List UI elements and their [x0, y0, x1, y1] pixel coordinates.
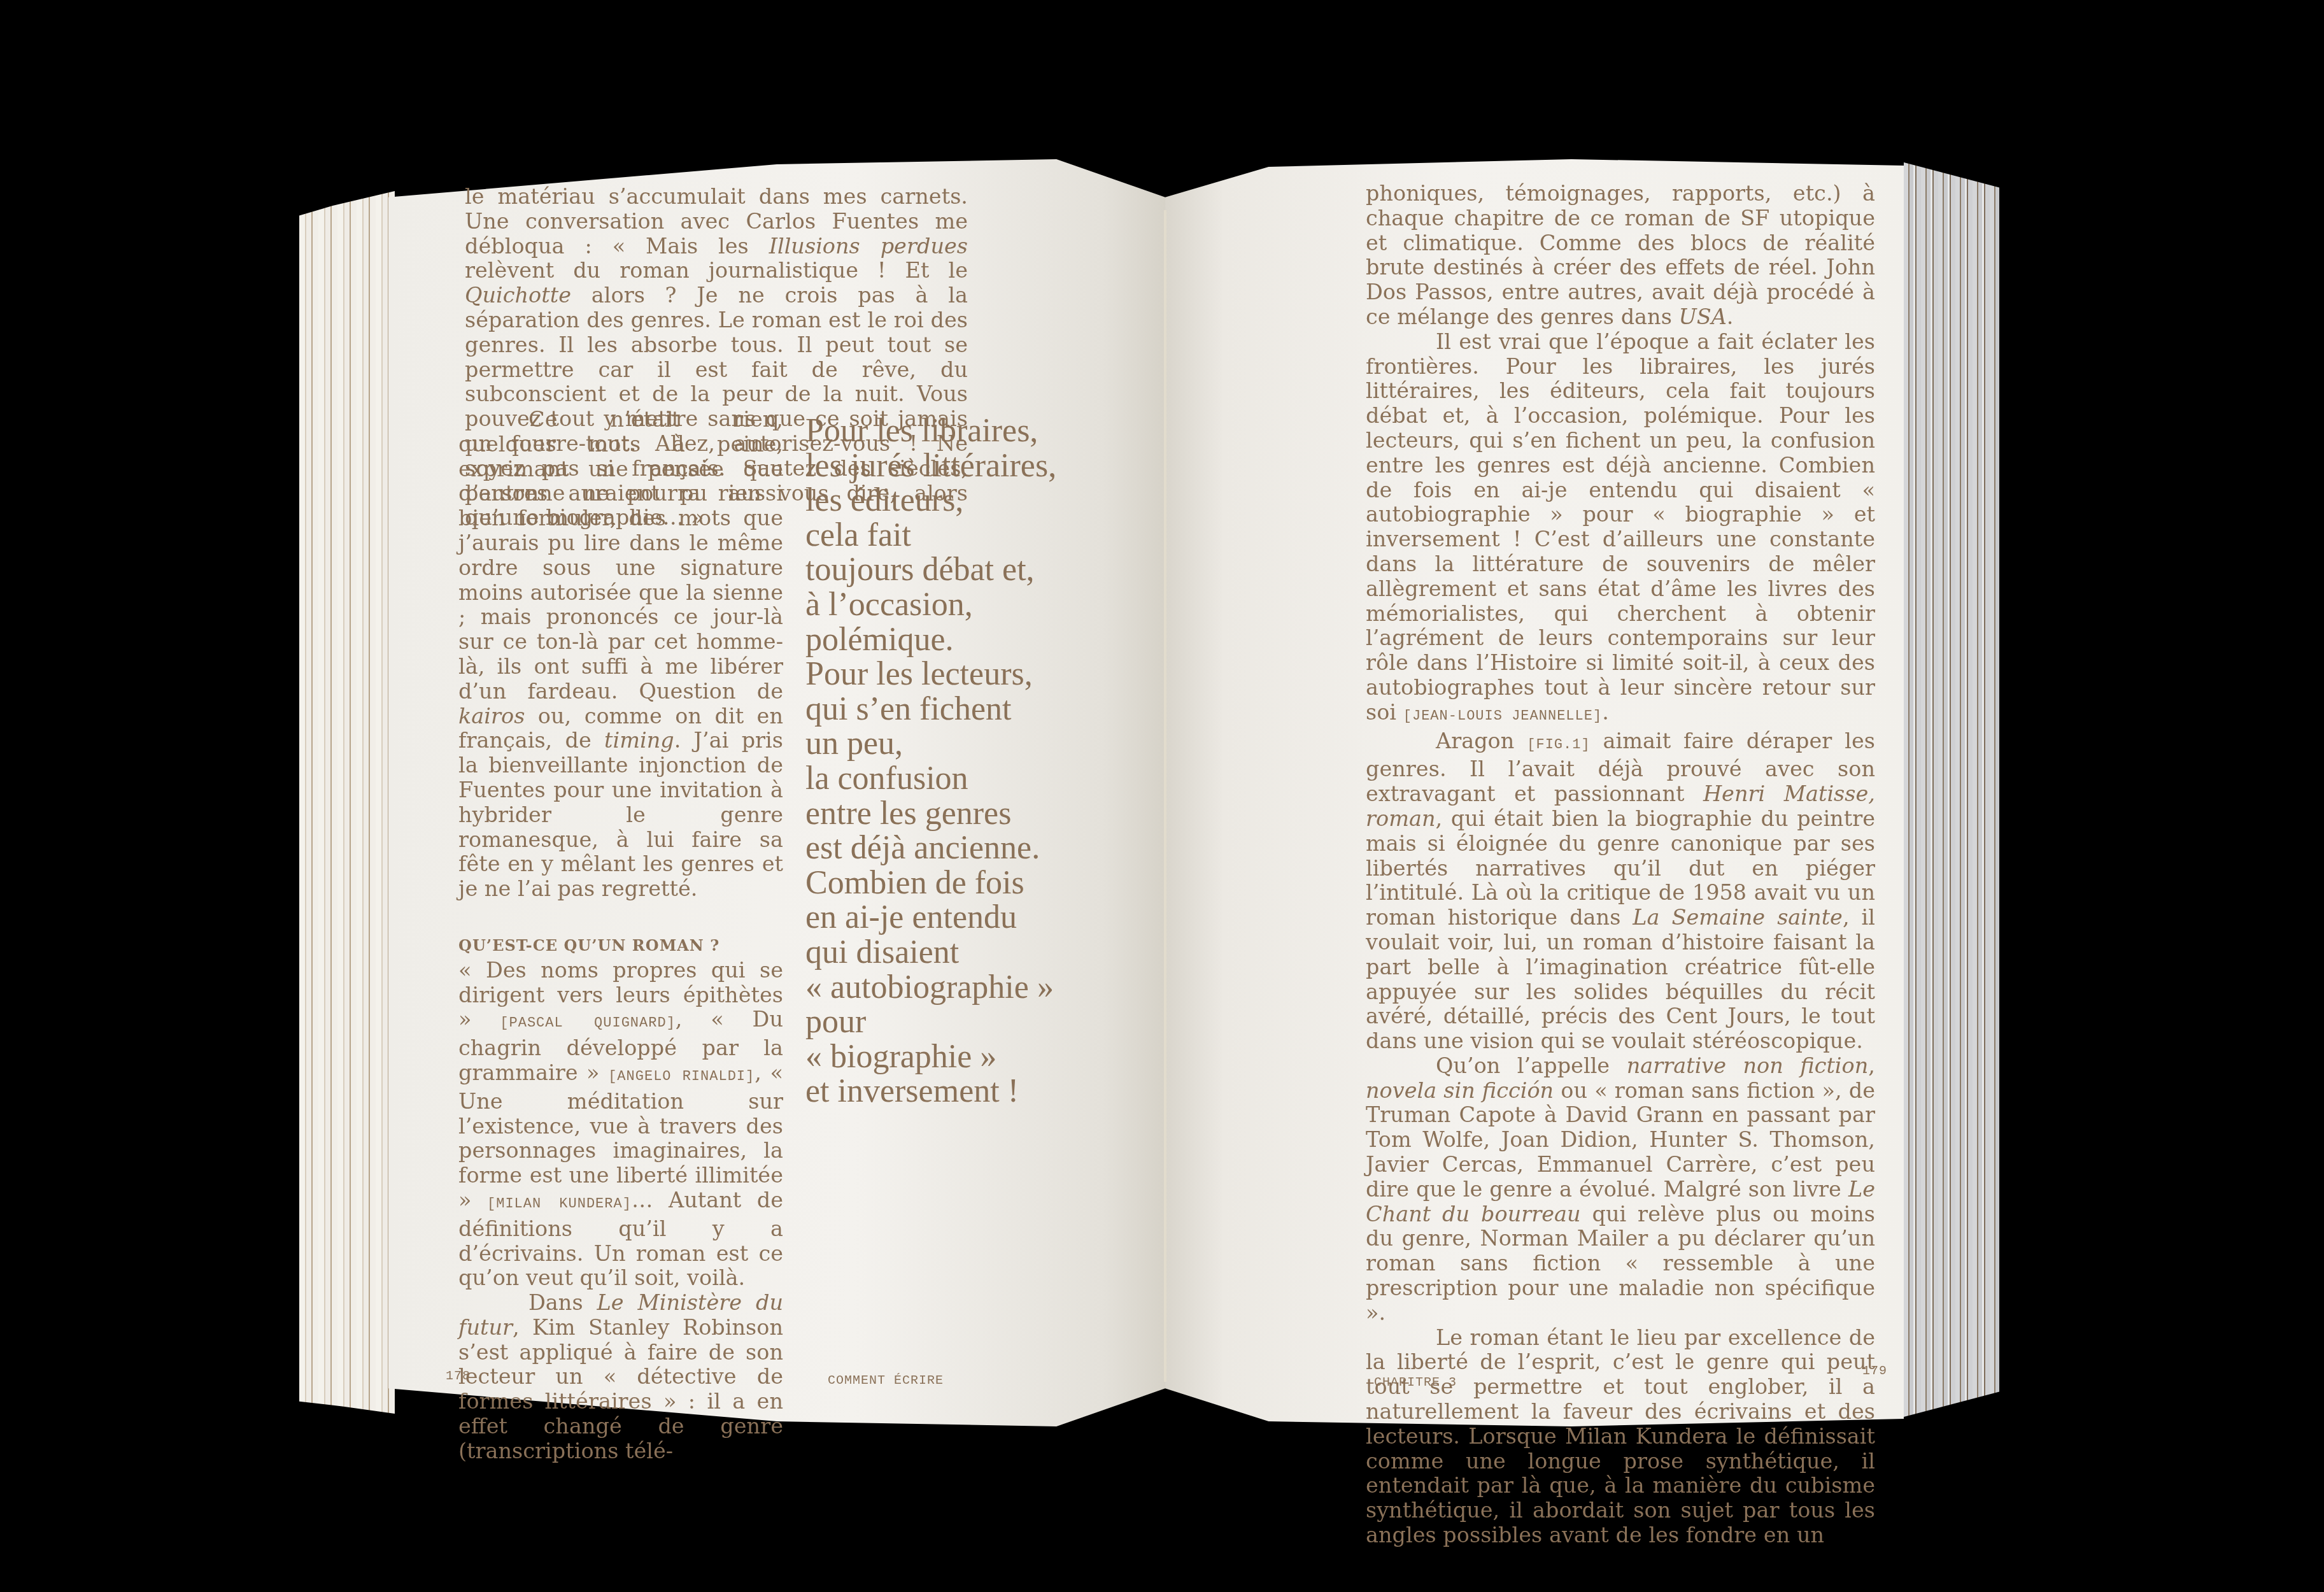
italic-word: kairos — [458, 704, 525, 728]
pull-quote-line: cela fait — [805, 518, 1098, 553]
text-run: , — [1868, 1053, 1875, 1078]
pull-quote-line: et inversement ! — [805, 1074, 1098, 1109]
pull-quote-line: toujours débat et, — [805, 553, 1098, 588]
italic-title: USA — [1678, 304, 1726, 329]
pull-quote-line: Pour les lecteurs, — [805, 657, 1098, 692]
pull-quote-line: en ai-je entendu — [805, 900, 1098, 935]
paragraph: Ce n’était rien, quelques mots à peine, … — [458, 408, 783, 902]
pull-quote-line: qui s’en fichent — [805, 692, 1098, 727]
pull-quote-line: polémique. — [805, 623, 1098, 658]
pull-quote-line: les jurés littéraires, — [805, 449, 1098, 484]
citation: [JEAN-LOUIS JEANNELLE] — [1403, 708, 1602, 724]
paragraph: Aragon [FIG.1] aimait faire déraper les … — [1366, 729, 1875, 1054]
italic-title: Quichotte — [465, 283, 571, 308]
pull-quote-line: à l’occasion, — [805, 588, 1098, 623]
italic-title: La Semaine sainte — [1633, 905, 1843, 930]
text-run: . — [1602, 700, 1609, 725]
italic-term: novela sin ficción — [1366, 1078, 1554, 1103]
text-run: Qu’on l’appelle — [1436, 1053, 1627, 1078]
running-head-left: COMMENT ÉCRIRE — [828, 1374, 944, 1388]
text-run: . — [1727, 304, 1734, 329]
text-run: relèvent du roman journalistique ! Et le — [465, 258, 968, 283]
paragraph: Il est vrai que l’époque a fait éclater … — [1366, 330, 1875, 729]
book-gutter — [1164, 210, 1166, 1382]
pull-quote-line: la confusion — [805, 762, 1098, 797]
pull-quote-line: qui disaient — [805, 935, 1098, 970]
citation: [ANGELO RINALDI] — [608, 1069, 755, 1084]
right-page-text: phoniques, témoignages, rapports, etc.) … — [1366, 181, 1875, 1548]
paragraph: Dans Le Ministère du futur, Kim Stanley … — [458, 1291, 783, 1464]
paragraph: Le roman étant le lieu par excellence de… — [1366, 1326, 1875, 1548]
text-run: . J’ai pris la bienveillante injonction … — [458, 728, 783, 901]
italic-term: narrative non fiction — [1627, 1053, 1869, 1078]
text-run: Aragon — [1436, 728, 1527, 753]
citation: [PASCAL QUIGNARD] — [500, 1015, 676, 1031]
paragraph: phoniques, témoignages, rapports, etc.) … — [1366, 181, 1875, 330]
left-column: Ce n’était rien, quelques mots à peine, … — [458, 408, 783, 1464]
pull-quote-line: entre les genres — [805, 797, 1098, 832]
pull-quote: Pour les libraires, les jurés littéraire… — [805, 414, 1098, 1109]
figure-reference[interactable]: [FIG.1] — [1527, 737, 1590, 753]
citation: [MILAN KUNDERA] — [487, 1196, 632, 1212]
open-book: le matériau s’accumulait dans mes carnet… — [0, 0, 2324, 1592]
page-number-right: 179 — [1862, 1364, 1887, 1379]
text-run: Il est vrai que l’époque a fait éclater … — [1366, 329, 1875, 725]
pull-quote-line: Combien de fois — [805, 866, 1098, 901]
text-run: Ce n’était rien, quelques mots à peine, … — [458, 407, 783, 704]
text-run: Dans — [528, 1290, 597, 1315]
left-page-stack — [299, 191, 395, 1414]
running-head-right: CHAPITRE 3 — [1374, 1375, 1457, 1390]
section-heading: Qu’est-ce qu’un roman ? — [458, 934, 783, 958]
pull-quote-line: « autobiographie » — [805, 970, 1098, 1006]
pull-quote-line: pour — [805, 1005, 1098, 1040]
pull-quote-line: « biographie » — [805, 1040, 1098, 1075]
paragraph: Qu’on l’appelle narrative non fiction, n… — [1366, 1054, 1875, 1326]
italic-word: timing — [604, 728, 674, 753]
page-number-left: 178 — [446, 1369, 471, 1384]
pull-quote-line: Pour les libraires, — [805, 414, 1098, 449]
pull-quote-line: un peu, — [805, 727, 1098, 762]
right-page-stack — [1904, 162, 1999, 1417]
pull-quote-line: les éditeurs, — [805, 483, 1098, 518]
paragraph: « Des noms propres qui se dirigent vers … — [458, 958, 783, 1291]
pull-quote-line: est déjà ancienne. — [805, 831, 1098, 866]
italic-title: Illusions perdues — [769, 234, 968, 259]
text-run: phoniques, témoignages, rapports, etc.) … — [1366, 181, 1875, 329]
